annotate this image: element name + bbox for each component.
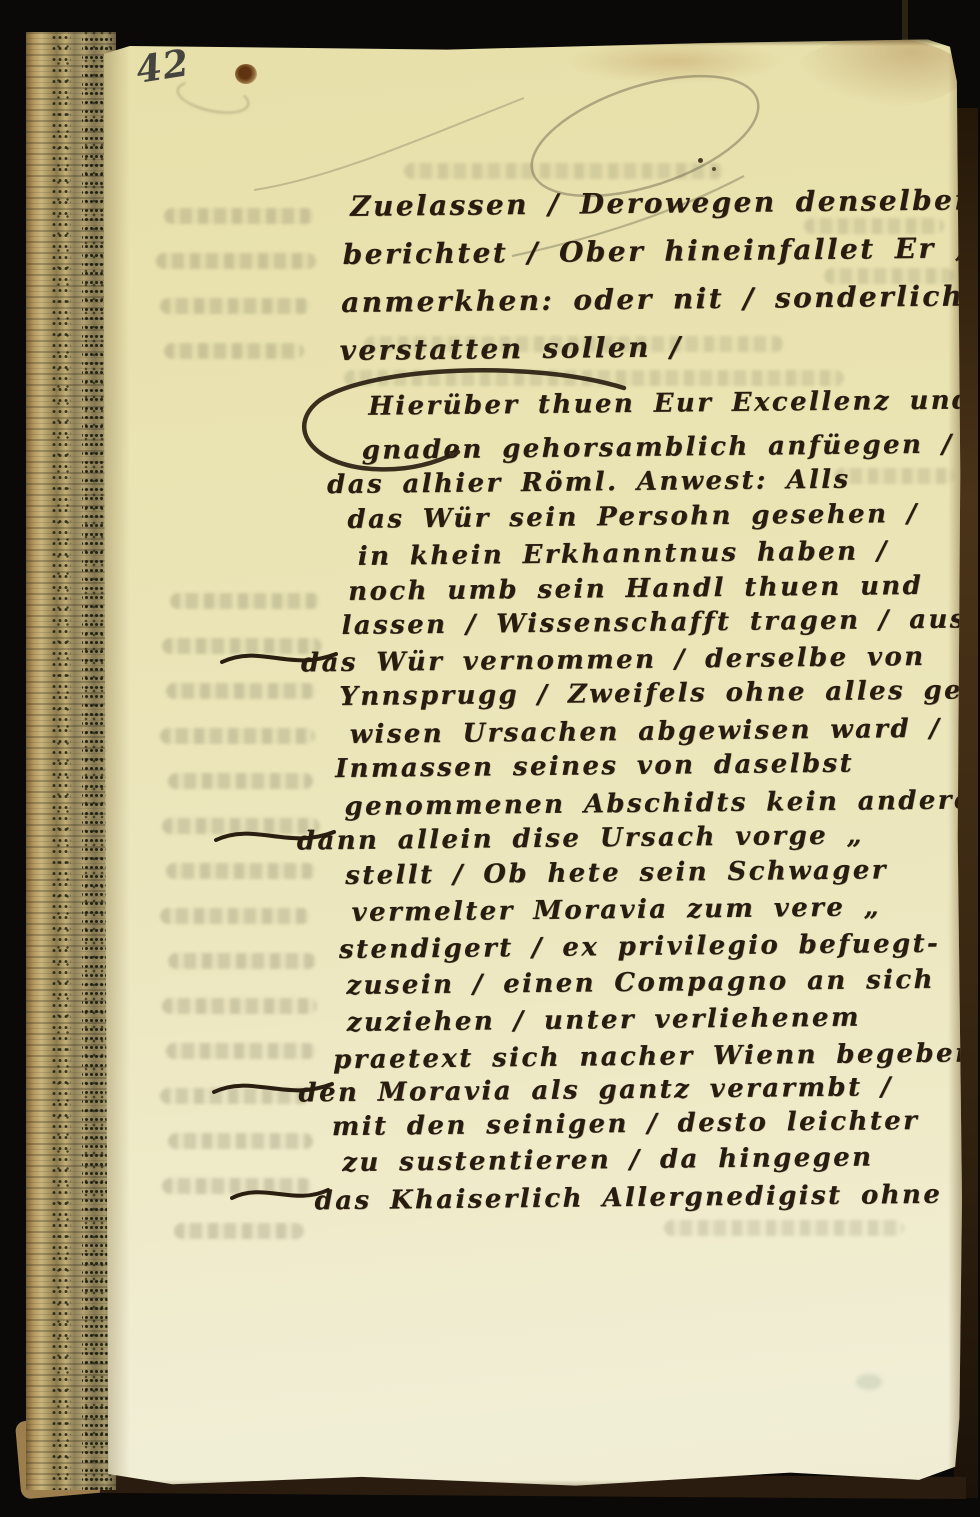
- text-line: stendigert / ex privilegio befuegt-: [339, 929, 940, 965]
- manuscript-page: 42 Zuelassen / Derowegen denselben beric…: [104, 38, 962, 1490]
- text-line: wisen Ursachen abgewisen ward /: [350, 714, 942, 750]
- text-line: genommenen Abschidts kein anderer: [344, 785, 980, 822]
- text-line: zuziehen / unter verliehenem: [347, 1003, 861, 1038]
- text-line: zusein / einen Compagno an sich: [346, 965, 935, 1001]
- text-line: verstatten sollen /: [339, 330, 682, 367]
- text-line: gnaden gehorsamblich anfüegen /: [362, 430, 954, 466]
- text-line: zu sustentieren / da hingegen: [342, 1142, 874, 1178]
- paragraph-2: Hierüber thuen Eur Excellenz und gnaden …: [96, 34, 954, 43]
- book-cover-corner: [902, 0, 908, 44]
- text-line: lassen / Wissenschafft tragen / aussen: [341, 604, 980, 641]
- text-line: das Wür sein Persohn gesehen /: [347, 499, 919, 535]
- handwritten-text: Zuelassen / Derowegen denselben berichte…: [96, 34, 969, 1495]
- text-line: in khein Erkhanntnus haben /: [358, 536, 889, 572]
- text-line: Zuelassen / Derowegen denselben: [350, 183, 977, 223]
- text-line: das Khaiserlich Allergnedigist ohne: [314, 1180, 942, 1217]
- text-line: anmerkhen: oder nit / sonderlich: [341, 279, 965, 319]
- book-page-edges-spine: [26, 32, 116, 1490]
- text-line: das Wür vernommen / derselbe von: [301, 642, 926, 679]
- text-line: das alhier Röml. Anwest: Alls: [327, 465, 851, 500]
- text-line: mit den seinigen / desto leichter: [332, 1106, 920, 1142]
- text-line: vermelter Moravia zum vere „: [351, 892, 881, 928]
- page-stack-speckles: [51, 32, 71, 1490]
- text-line: noch umb sein Handl thuen und: [348, 571, 923, 607]
- text-line: Ynnsprugg / Zweifels ohne alles ge „: [339, 675, 980, 712]
- text-line: Inmassen seines von daselbst: [335, 749, 854, 784]
- manuscript-photo: 42 Zuelassen / Derowegen denselben beric…: [0, 0, 980, 1517]
- text-line: dann allein dise Ursach vorge „: [297, 821, 864, 857]
- text-line: den Moravia als gantz verarmbt /: [298, 1072, 893, 1108]
- text-line: stellt / Ob hete sein Schwager: [345, 855, 888, 891]
- text-line: praetext sich nacher Wienn begeben /: [333, 1038, 980, 1075]
- paragraph-1: Zuelassen / Derowegen denselben berichte…: [96, 34, 954, 43]
- text-line: Hierüber thuen Eur Excellenz und: [368, 385, 973, 421]
- text-line: berichtet / Ober hineinfallet Er „: [342, 231, 973, 271]
